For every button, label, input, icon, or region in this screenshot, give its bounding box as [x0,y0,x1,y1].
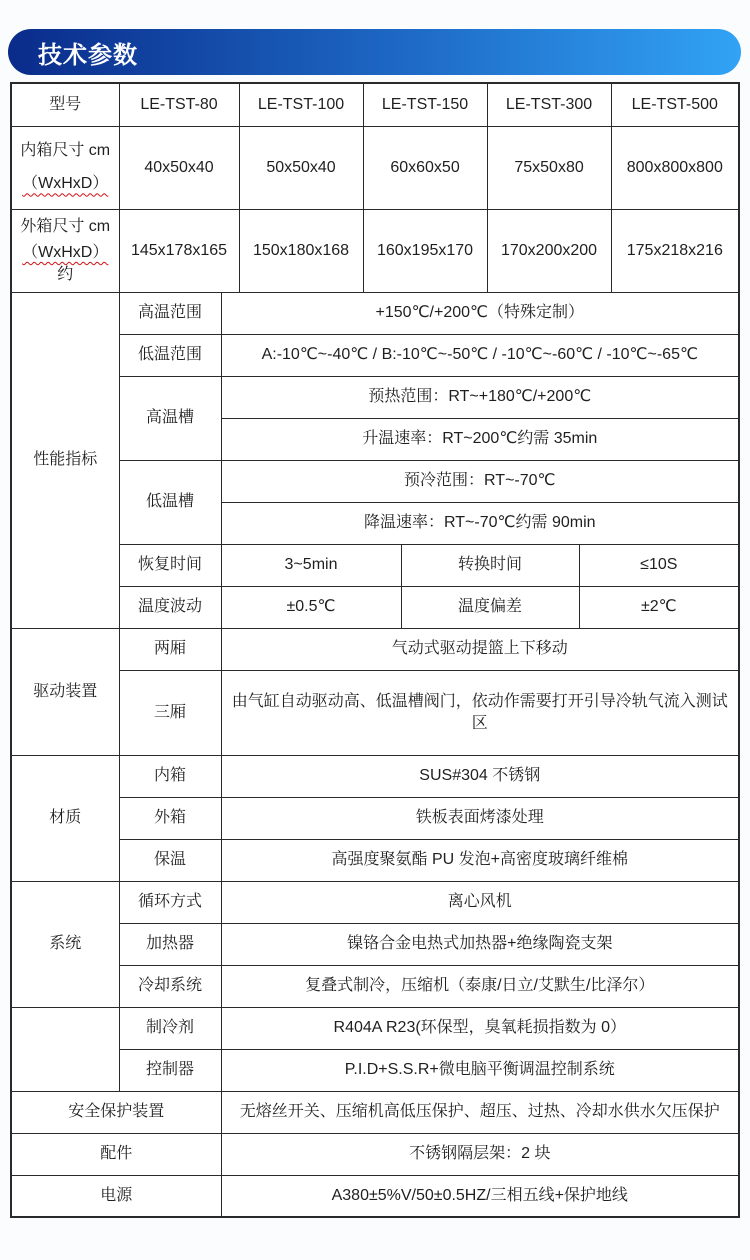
page-title: 技术参数 [8,35,138,70]
inner-box-label-line2: （WxHxD） [22,175,108,192]
table-row-low-temp-range: 低温范围 A:-10℃~-40℃ / B:-10℃~-50℃ / -10℃~-6… [11,334,739,376]
spec-value: 高强度聚氨酯 PU 发泡+高密度玻璃纤维棉 [221,839,739,881]
table-row-inner-box: 内箱尺寸 cm （WxHxD） 40x50x40 50x50x40 60x60x… [11,126,739,209]
inner-box-label-line1: 内箱尺寸 cm [16,140,115,162]
table-row-model-header: 型号 LE-TST-80 LE-TST-100 LE-TST-150 LE-TS… [11,83,739,126]
spec-value: R404A R23(环保型，臭氧耗损指数为 0） [221,1007,739,1049]
spec-value: 不锈钢隔层架：2 块 [221,1133,739,1175]
inner-box-value: 50x50x40 [239,126,363,209]
table-row-material-inner: 材质 内箱 SUS#304 不锈钢 [11,755,739,797]
spec-value: +150℃/+200℃（特殊定制） [221,292,739,334]
table-row-drive-two: 驱动装置 两厢 气动式驱动提篮上下移动 [11,628,739,670]
spec-label-low-temp-tank: 低温槽 [119,460,221,544]
spec-label: 两厢 [119,628,221,670]
inner-box-label: 内箱尺寸 cm （WxHxD） [11,126,119,209]
spec-value: ±0.5℃ [221,586,401,628]
spec-label: 低温范围 [119,334,221,376]
table-row-safety: 安全保护装置 无熔丝开关、压缩机高低压保护、超压、过热、冷却水供水欠压保护 [11,1091,739,1133]
spec-label: 温度波动 [119,586,221,628]
spec-value: SUS#304 不锈钢 [221,755,739,797]
page: 技术参数 型号 LE-TST-80 LE-TST-100 LE-TST-150 … [0,0,750,1260]
section-label-performance: 性能指标 [11,292,119,628]
spec-value: P.I.D+S.S.R+微电脑平衡调温控制系统 [221,1049,739,1091]
table-row-high-temp-tank-1: 高温槽 预热范围：RT~+180℃/+200℃ [11,376,739,418]
spec-label: 加热器 [119,923,221,965]
spec-value: ≤10S [579,544,739,586]
spec-table: 型号 LE-TST-80 LE-TST-100 LE-TST-150 LE-TS… [10,82,740,1218]
table-row-low-temp-tank-1: 低温槽 预冷范围：RT~-70℃ [11,460,739,502]
outer-box-value: 170x200x200 [487,209,611,292]
table-row-material-outer: 外箱 铁板表面烤漆处理 [11,797,739,839]
table-row-power: 电源 A380±5%V/50±0.5HZ/三相五线+保护地线 [11,1175,739,1217]
spec-label: 三厢 [119,670,221,755]
table-row-drive-three: 三厢 由气缸自动驱动高、低温槽阀门，依动作需要打开引导冷轨气流入测试区 [11,670,739,755]
outer-box-label-suffix: 约 [57,266,73,283]
spec-value: 由气缸自动驱动高、低温槽阀门，依动作需要打开引导冷轨气流入测试区 [221,670,739,755]
table-row-recovery-time: 恢复时间 3~5min 转换时间 ≤10S [11,544,739,586]
section-label-system: 系统 [11,881,119,1007]
spec-label: 高温范围 [119,292,221,334]
spec-value: A:-10℃~-40℃ / B:-10℃~-50℃ / -10℃~-60℃ / … [221,334,739,376]
model-name: LE-TST-500 [611,83,739,126]
spec-label: 电源 [11,1175,221,1217]
spec-value: 3~5min [221,544,401,586]
section-label-empty [11,1007,119,1091]
outer-box-value: 150x180x168 [239,209,363,292]
spec-label: 内箱 [119,755,221,797]
section-label-drive: 驱动装置 [11,628,119,755]
spec-value: A380±5%V/50±0.5HZ/三相五线+保护地线 [221,1175,739,1217]
inner-box-value: 40x50x40 [119,126,239,209]
model-name: LE-TST-80 [119,83,239,126]
table-row-high-temp-range: 性能指标 高温范围 +150℃/+200℃（特殊定制） [11,292,739,334]
spec-label: 安全保护装置 [11,1091,221,1133]
spec-label: 冷却系统 [119,965,221,1007]
table-row-temp-fluctuation: 温度波动 ±0.5℃ 温度偏差 ±2℃ [11,586,739,628]
outer-box-label: 外箱尺寸 cm （WxHxD）约 [11,209,119,292]
table-row-system-circulation: 系统 循环方式 离心风机 [11,881,739,923]
spec-label: 配件 [11,1133,221,1175]
spec-value: 预热范围：RT~+180℃/+200℃ [221,376,739,418]
spec-value: 铁板表面烤漆处理 [221,797,739,839]
table-row-refrigerant: 制冷剂 R404A R23(环保型，臭氧耗损指数为 0） [11,1007,739,1049]
spec-label: 循环方式 [119,881,221,923]
outer-box-value: 145x178x165 [119,209,239,292]
model-name: LE-TST-100 [239,83,363,126]
table-row-outer-box: 外箱尺寸 cm （WxHxD）约 145x178x165 150x180x168… [11,209,739,292]
spec-value: 复叠式制冷，压缩机（泰康/日立/艾默生/比泽尔） [221,965,739,1007]
section-label-material: 材质 [11,755,119,881]
spec-value: 升温速率：RT~200℃约需 35min [221,418,739,460]
outer-box-value: 175x218x216 [611,209,739,292]
outer-box-value: 160x195x170 [363,209,487,292]
spec-label: 温度偏差 [401,586,579,628]
inner-box-value: 60x60x50 [363,126,487,209]
inner-box-value: 75x50x80 [487,126,611,209]
table-row-material-insulation: 保温 高强度聚氨酯 PU 发泡+高密度玻璃纤维棉 [11,839,739,881]
inner-box-value: 800x800x800 [611,126,739,209]
table-row-system-cooling: 冷却系统 复叠式制冷，压缩机（泰康/日立/艾默生/比泽尔） [11,965,739,1007]
outer-box-label-line1: 外箱尺寸 cm [16,216,115,238]
section-banner: 技术参数 [8,29,741,75]
table-row-accessories: 配件 不锈钢隔层架：2 块 [11,1133,739,1175]
spec-label: 转换时间 [401,544,579,586]
table-row-controller: 控制器 P.I.D+S.S.R+微电脑平衡调温控制系统 [11,1049,739,1091]
spec-label: 外箱 [119,797,221,839]
spec-label: 制冷剂 [119,1007,221,1049]
spec-value: 预冷范围：RT~-70℃ [221,460,739,502]
spec-label-high-temp-tank: 高温槽 [119,376,221,460]
outer-box-label-line2: （WxHxD） [22,244,108,261]
spec-value: 离心风机 [221,881,739,923]
spec-label: 控制器 [119,1049,221,1091]
model-name: LE-TST-150 [363,83,487,126]
spec-value: 降温速率：RT~-70℃约需 90min [221,502,739,544]
spec-label: 保温 [119,839,221,881]
spec-value: ±2℃ [579,586,739,628]
spec-value: 气动式驱动提篮上下移动 [221,628,739,670]
spec-label: 恢复时间 [119,544,221,586]
model-name: LE-TST-300 [487,83,611,126]
model-header-label: 型号 [11,83,119,126]
spec-value: 无熔丝开关、压缩机高低压保护、超压、过热、冷却水供水欠压保护 [221,1091,739,1133]
table-row-system-heater: 加热器 镍铬合金电热式加热器+绝缘陶瓷支架 [11,923,739,965]
spec-value: 镍铬合金电热式加热器+绝缘陶瓷支架 [221,923,739,965]
